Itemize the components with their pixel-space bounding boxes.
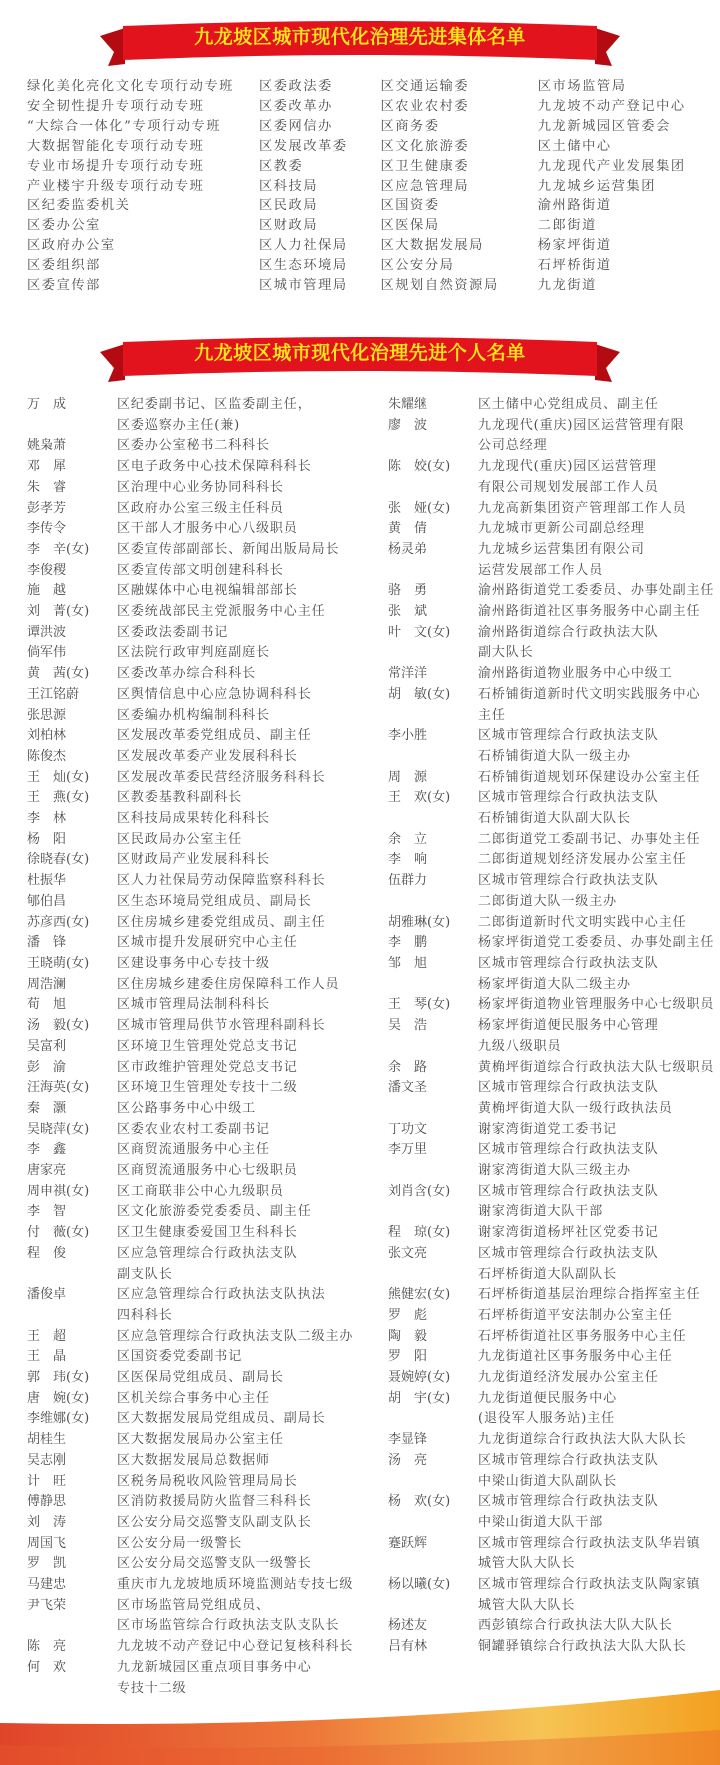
person-position-line: 区商贸流通服务中心七级职员 (117, 1161, 298, 1182)
person-entry: 周 源石桥铺街道规划环保建设办公室主任 (388, 768, 713, 789)
person-name: 王 欢(女) (388, 788, 478, 829)
person-position: 区委编办机构编制科科长 (117, 706, 270, 727)
person-position-line: 副支队长 (117, 1265, 298, 1286)
person-entry: 李俊稷区委宣传部文明创建科科长 (27, 561, 388, 582)
person-position-line: 九龙街道社区事务服务中心主任 (478, 1347, 673, 1368)
person-entry: 汤 毅(女)区城市管理局供节水管理科副科长 (27, 1016, 388, 1037)
person-position: 区国资委党委副书记 (117, 1347, 242, 1368)
collective-item: 二郎街道 (538, 216, 707, 236)
collective-item: 区大数据发展局 (380, 236, 537, 256)
person-name: 周浩澜 (27, 975, 117, 996)
person-entry: 李 辛(女)区委宣传部副部长、新闻出版局局长 (27, 540, 388, 561)
person-entry: 聂婉婷(女)九龙街道经济发展办公室主任 (388, 1368, 713, 1389)
person-position: 九龙街道综合行政执法大队大队长 (478, 1430, 687, 1451)
person-position: 区城市管理综合行政执法支队石桥铺街道大队一级主办 (478, 726, 659, 767)
person-position-line: 区法院行政审判庭副庭长 (117, 643, 270, 664)
person-name: 周国飞 (27, 1534, 117, 1555)
collective-item: “大综合一体化”专项行动专班 (27, 117, 259, 137)
person-position-line: 杨家坪街道便民服务中心管理 (478, 1016, 659, 1037)
person-position: 区城市管理综合行政执法支队黄桷坪街道大队一级行政执法员 (478, 1078, 673, 1119)
person-position-line: 石坪桥街道大队副队长 (478, 1265, 659, 1286)
person-name: 汤 亮 (388, 1451, 478, 1492)
person-name: 周申祺(女) (27, 1182, 117, 1203)
person-name: 黄 倩 (388, 519, 478, 540)
person-name: 程 琼(女) (388, 1223, 478, 1244)
person-name: 李 林 (27, 809, 117, 830)
person-position: 九龙街道便民服务中心(退役军人服务站)主任 (478, 1389, 617, 1430)
person-position-line: 九级八级职员 (478, 1037, 659, 1058)
person-position-line: 区城市管理综合行政执法支队 (478, 1451, 659, 1472)
person-name: 叶 文(女) (388, 623, 478, 664)
person-position-line: 区大数据发展局总数据师 (117, 1451, 270, 1472)
person-entry: 杨 欢(女)区城市管理综合行政执法支队中梁山街道大队干部 (388, 1492, 713, 1533)
person-entry: 罗 阳九龙街道社区事务服务中心主任 (388, 1347, 713, 1368)
person-entry: 杜振华区人力社保局劳动保障监察科科长 (27, 871, 388, 892)
person-entry: 付 薇(女)区卫生健康委爱国卫生科科长 (27, 1223, 388, 1244)
person-position: 石坪桥街道基层治理综合指挥室主任 (478, 1285, 700, 1306)
collective-item: 区财政局 (259, 216, 380, 236)
person-name: 张 娅(女) (388, 499, 478, 520)
person-entry: 李传令区干部人才服务中心八级职员 (27, 519, 388, 540)
person-name: 余 立 (388, 830, 478, 851)
person-position-line: 九龙现代(重庆)园区运营管理有限 (478, 416, 685, 437)
person-entry: 叶 文(女)渝州路街道综合行政执法大队副大队长 (388, 623, 713, 664)
collective-item: 区农业农村委 (380, 97, 537, 117)
person-position-line: 有限公司规划发展部工作人员 (478, 478, 659, 499)
person-position-line: 区电子政务中心技术保障科科长 (117, 457, 312, 478)
person-position-line: 区公路事务中心中级工 (117, 1099, 256, 1120)
person-position-line: 区住房城乡建委住房保障科工作人员 (117, 975, 339, 996)
person-position-line: 区生态环境局党组成员、副局长 (117, 892, 312, 913)
person-name: 付 薇(女) (27, 1223, 117, 1244)
person-entry: 王 灿(女)区发展改革委民营经济服务科科长 (27, 768, 388, 789)
person-position-line: 重庆市九龙坡地质环境监测站专技七级 (117, 1575, 353, 1596)
person-position-line: 区城市管理综合行政执法支队 (478, 1078, 673, 1099)
person-position-line: 石坪桥街道平安法制办公室主任 (478, 1306, 673, 1327)
person-entry: 李小胜区城市管理综合行政执法支队石桥铺街道大队一级主办 (388, 726, 713, 767)
person-position: 重庆市九龙坡地质环境监测站专技七级 (117, 1575, 353, 1596)
collective-item: 区商务委 (380, 117, 537, 137)
person-position-line: 区大数据发展局办公室主任 (117, 1430, 284, 1451)
person-position: 区医保局党组成员、副局长 (117, 1368, 284, 1389)
person-position-line: 区城市管理综合行政执法支队 (478, 1182, 659, 1203)
person-entry: 苏彦西(女)区住房城乡建委党组成员、副主任 (27, 913, 388, 934)
person-entry: 胡 宇(女)九龙街道便民服务中心(退役军人服务站)主任 (388, 1389, 713, 1430)
person-name: 潘文圣 (388, 1078, 478, 1119)
person-position: 渝州路街道物业服务中心中级工 (478, 664, 673, 685)
person-name: 刘柏林 (27, 726, 117, 747)
person-position: 区发展改革委党组成员、副主任 (117, 726, 312, 747)
person-entry: 张文亮区城市管理综合行政执法支队石坪桥街道大队副队长 (388, 1244, 713, 1285)
person-position-line: 区城市管理综合行政执法支队 (478, 726, 659, 747)
person-name: 刘 涛 (27, 1513, 117, 1534)
person-entry: 刘柏林区发展改革委党组成员、副主任 (27, 726, 388, 747)
person-entry: 刘 菁(女)区委统战部民主党派服务中心主任 (27, 602, 388, 623)
person-name: 秦 灏 (27, 1099, 117, 1120)
person-position: 区政府办公室三级主任科员 (117, 499, 284, 520)
person-position-line: 区工商联非公中心九级职员 (117, 1182, 284, 1203)
person-position: 谢家湾街道杨坪社区党委书记 (478, 1223, 659, 1244)
collective-item: 区科技局 (259, 177, 380, 197)
person-position: 区民政局办公室主任 (117, 830, 242, 851)
person-name: 蹇跃辉 (388, 1534, 478, 1575)
person-position-line: 区城市管理综合行政执法支队陶家镇 (478, 1575, 700, 1596)
person-position-line: 区科技局成果转化科科长 (117, 809, 270, 830)
person-name: 陈俊杰 (27, 747, 117, 768)
person-name: 郇伯昌 (27, 892, 117, 913)
person-position-line: 区民政局办公室主任 (117, 830, 242, 851)
person-position-line: 谢家湾街道杨坪社区党委书记 (478, 1223, 659, 1244)
person-name: 张文亮 (388, 1244, 478, 1285)
person-name: 李 智 (27, 1202, 117, 1223)
person-entry: 谭洪波区委政法委副书记 (27, 623, 388, 644)
person-position-line: 区委办公室秘书二科科长 (117, 436, 270, 457)
person-name: 罗 阳 (388, 1347, 478, 1368)
person-name: 李 鑫 (27, 1140, 117, 1161)
person-entry: 王 晶区国资委党委副书记 (27, 1347, 388, 1368)
person-name: 聂婉婷(女) (388, 1368, 478, 1389)
footer-wave-decoration (0, 1690, 720, 1765)
person-position-line: (退役军人服务站)主任 (478, 1409, 617, 1430)
person-position-line: 区市政维护管理处党总支书记 (117, 1058, 298, 1079)
person-name: 潘 锋 (27, 933, 117, 954)
person-position: 区教委基教科副科长 (117, 788, 242, 809)
person-position: 区环境卫生管理处党总支书记 (117, 1037, 298, 1058)
person-position-line: 区城市管理综合行政执法支队 (478, 1140, 659, 1161)
person-name: 杜振华 (27, 871, 117, 892)
collective-item: 区委办公室 (27, 216, 259, 236)
person-position-line: 区卫生健康委爱国卫生科科长 (117, 1223, 298, 1244)
person-name: 胡桂生 (27, 1430, 117, 1451)
collective-item: 区规划自然资源局 (380, 276, 537, 296)
collective-item: 区应急管理局 (380, 177, 537, 197)
person-entry: 李万里区城市管理综合行政执法支队谢家湾街道大队三级主办 (388, 1140, 713, 1181)
person-entry: 程 俊区应急管理综合行政执法支队副支队长 (27, 1244, 388, 1285)
person-entry: 傅静思区消防救援局防火监督三科科长 (27, 1492, 388, 1513)
individual-banner: 九龙坡区城市现代化治理先进个人名单 (0, 330, 720, 386)
collective-item: 区交通运输委 (380, 77, 537, 97)
person-position-line: 区纪委副书记、区监委副主任， (117, 395, 312, 416)
person-name: 杨 欢(女) (388, 1492, 478, 1533)
collective-item: 区委政法委 (259, 77, 380, 97)
collective-item: 安全韧性提升专项行动专班 (27, 97, 259, 117)
person-entry: 吴富利区环境卫生管理处党总支书记 (27, 1037, 388, 1058)
person-entry: 潘俊卓区应急管理综合行政执法支队执法四科科长 (27, 1285, 388, 1326)
person-position: 区干部人才服务中心八级职员 (117, 519, 298, 540)
person-name: 罗 凯 (27, 1554, 117, 1575)
person-position: 区城市管理综合行政执法支队华岩镇城管大队大队长 (478, 1534, 700, 1575)
person-name: 丁功文 (388, 1120, 478, 1141)
person-name: 倘军伟 (27, 643, 117, 664)
person-entry: 胡 敏(女)石桥铺街道新时代文明实践服务中心主任 (388, 685, 713, 726)
person-entry: 姚枭萧区委办公室秘书二科科长 (27, 436, 388, 457)
person-entry: 郇伯昌区生态环境局党组成员、副局长 (27, 892, 388, 913)
person-position-line: 区委宣传部副部长、新闻出版局局长 (117, 540, 339, 561)
person-name: 汤 毅(女) (27, 1016, 117, 1037)
collective-item: 杨家坪街道 (538, 236, 707, 256)
collective-item: 区市场监管局 (538, 77, 707, 97)
person-position: 区治理中心业务协同科科长 (117, 478, 284, 499)
person-name: 李万里 (388, 1140, 478, 1181)
person-entry: 刘肖含(女)区城市管理综合行政执法支队谢家湾街道大队干部 (388, 1182, 713, 1223)
person-entry: 胡雅琳(女)二郎街道新时代文明实践中心主任 (388, 913, 713, 934)
person-name: 吴志刚 (27, 1451, 117, 1472)
person-name: 计 旺 (27, 1472, 117, 1493)
person-position: 区委办公室秘书二科科长 (117, 436, 270, 457)
person-entry: 张 斌渝州路街道社区事务服务中心副主任 (388, 602, 713, 623)
person-name: 骆 勇 (388, 581, 478, 602)
person-position: 区市场监管局党组成员、区市场监管综合行政执法支队支队长 (117, 1596, 339, 1637)
person-entry: 蹇跃辉区城市管理综合行政执法支队华岩镇城管大队大队长 (388, 1534, 713, 1575)
person-position: 区舆情信息中心应急协调科科长 (117, 685, 312, 706)
collective-item: 专业市场提升专项行动专班 (27, 157, 259, 177)
person-name: 万 成 (27, 395, 117, 436)
person-entry: 骆 勇渝州路街道党工委委员、办事处副主任 (388, 581, 713, 602)
person-entry: 刘 涛区公安分局交巡警支队副支队长 (27, 1513, 388, 1534)
collective-item: 区委组织部 (27, 256, 259, 276)
person-entry: 余 立二郎街道党工委副书记、办事处主任 (388, 830, 713, 851)
person-name: 胡 宇(女) (388, 1389, 478, 1430)
person-entry: 施 越区融媒体中心电视编辑部部长 (27, 581, 388, 602)
person-entry: 吴 浩杨家坪街道便民服务中心管理九级八级职员 (388, 1016, 713, 1057)
collective-item: 渝州路街道 (538, 196, 707, 216)
person-position-line: 区公安分局一级警长 (117, 1534, 242, 1555)
person-position-line: 区委宣传部文明创建科科长 (117, 561, 284, 582)
collective-item: 产业楼宇升级专项行动专班 (27, 177, 259, 197)
person-name: 王 灿(女) (27, 768, 117, 789)
collective-item: 区国资委 (380, 196, 537, 216)
person-position: 区公安分局一级警长 (117, 1534, 242, 1555)
collective-item: 区政府办公室 (27, 236, 259, 256)
person-position: 石桥铺街道新时代文明实践服务中心主任 (478, 685, 700, 726)
person-position: 二郎街道新时代文明实践中心主任 (478, 913, 687, 934)
person-entry: 潘文圣区城市管理综合行政执法支队黄桷坪街道大队一级行政执法员 (388, 1078, 713, 1119)
collective-item: 绿化美化亮化文化专项行动专班 (27, 77, 259, 97)
person-entry: 彭 渝区市政维护管理处党总支书记 (27, 1058, 388, 1079)
person-position: 区大数据发展局总数据师 (117, 1451, 270, 1472)
person-position-line: 副大队长 (478, 643, 659, 664)
person-position-line: 区市场监管局党组成员、 (117, 1596, 339, 1617)
person-name: 李显锋 (388, 1430, 478, 1451)
person-position-line: 区委统战部民主党派服务中心主任 (117, 602, 326, 623)
person-position-line: 中梁山街道大队副队长 (478, 1472, 659, 1493)
person-position: 区委宣传部副部长、新闻出版局局长 (117, 540, 339, 561)
person-name: 李小胜 (388, 726, 478, 767)
person-name: 余 路 (388, 1058, 478, 1079)
person-position-line: 区财政局产业发展科科长 (117, 850, 270, 871)
person-position-line: 区城市管理综合行政执法支队 (478, 788, 659, 809)
person-position-line: 区公安分局交巡警支队副支队长 (117, 1513, 312, 1534)
collective-item: 九龙街道 (538, 276, 707, 296)
individual-column-left: 万 成区纪委副书记、区监委副主任，区委巡察办主任(兼)姚枭萧区委办公室秘书二科科… (27, 395, 388, 1699)
person-entry: 万 成区纪委副书记、区监委副主任，区委巡察办主任(兼) (27, 395, 388, 436)
person-entry: 李维娜(女)区大数据发展局党组成员、副局长 (27, 1409, 388, 1430)
person-entry: 罗 凯区公安分局交巡警支队一级警长 (27, 1554, 388, 1575)
person-position-line: 中梁山街道大队干部 (478, 1513, 659, 1534)
person-position-line: 区城市管理局法制科科长 (117, 995, 270, 1016)
person-position: 区城市管理局法制科科长 (117, 995, 270, 1016)
person-name: 郭 玮(女) (27, 1368, 117, 1389)
person-position-line: 石桥铺街道大队副大队长 (478, 809, 659, 830)
person-name: 伍群力 (388, 871, 478, 912)
person-position: 区城市管理综合行政执法支队杨家坪街道大队二级主办 (478, 954, 659, 995)
person-entry: 伍群力区城市管理综合行政执法支队二郎街道大队一级主办 (388, 871, 713, 912)
person-name: 李 鹏 (388, 933, 478, 954)
person-position: 杨家坪街道便民服务中心管理九级八级职员 (478, 1016, 659, 1057)
person-entry: 王晓萌(女)区建设事务中心专技十级 (27, 954, 388, 975)
collective-item: 区教委 (259, 157, 380, 177)
person-position-line: 区环境卫生管理处专技十二级 (117, 1078, 298, 1099)
person-position-line: 区干部人才服务中心八级职员 (117, 519, 298, 540)
person-position-line: 二郎街道规划经济发展办公室主任 (478, 850, 687, 871)
person-position-line: 区融媒体中心电视编辑部部长 (117, 581, 298, 602)
person-position-line: 区医保局党组成员、副局长 (117, 1368, 284, 1389)
person-entry: 朱耀继区土储中心党组成员、副主任 (388, 395, 713, 416)
person-position: 区城市管理综合行政执法支队石坪桥街道大队副队长 (478, 1244, 659, 1285)
person-position: 区大数据发展局党组成员、副局长 (117, 1409, 326, 1430)
person-position: 区发展改革委民营经济服务科科长 (117, 768, 326, 789)
person-entry: 丁功文谢家湾街道党工委书记 (388, 1120, 713, 1141)
person-name: 唐 婉(女) (27, 1389, 117, 1410)
person-name: 陶 毅 (388, 1327, 478, 1348)
person-position-line: 区城市管理综合行政执法支队华岩镇 (478, 1534, 700, 1555)
person-position-line: 渝州路街道综合行政执法大队 (478, 623, 659, 644)
person-name: 吕有林 (388, 1637, 478, 1658)
person-position: 渝州路街道社区事务服务中心副主任 (478, 602, 700, 623)
person-position: 区城市管理综合行政执法支队中梁山街道大队副队长 (478, 1451, 659, 1492)
person-position-line: 九龙新城园区重点项目事务中心 (117, 1658, 312, 1679)
person-entry: 马建忠重庆市九龙坡地质环境监测站专技七级 (27, 1575, 388, 1596)
person-position: 区商贸流通服务中心七级职员 (117, 1161, 298, 1182)
person-position: 九龙街道经济发展办公室主任 (478, 1368, 659, 1389)
person-position: 区纪委副书记、区监委副主任，区委巡察办主任(兼) (117, 395, 312, 436)
person-name: 王 琴(女) (388, 995, 478, 1016)
person-position: 石坪桥街道平安法制办公室主任 (478, 1306, 673, 1327)
person-position: 区卫生健康委爱国卫生科科长 (117, 1223, 298, 1244)
person-entry: 潘 锋区城市提升发展研究中心主任 (27, 933, 388, 954)
person-position-line: 区机关综合事务中心主任 (117, 1389, 270, 1410)
person-position-line: 谢家湾街道党工委书记 (478, 1120, 617, 1141)
person-entry: 周申祺(女)区工商联非公中心九级职员 (27, 1182, 388, 1203)
individual-list: 万 成区纪委副书记、区监委副主任，区委巡察办主任(兼)姚枭萧区委办公室秘书二科科… (27, 395, 717, 1699)
person-position-line: 西彭镇综合行政执法大队大队长 (478, 1616, 673, 1637)
person-position: 九龙高新集团资产管理部工作人员 (478, 499, 687, 520)
person-name: 周 源 (388, 768, 478, 789)
person-position: 区城市管理综合行政执法支队陶家镇城管大队大队长 (478, 1575, 700, 1616)
person-position-line: 杨家坪街道党工委委员、办事处副主任 (478, 933, 714, 954)
person-name: 徐晓春(女) (27, 850, 117, 871)
person-position-line: 城管大队大队长 (478, 1596, 700, 1617)
person-entry: 王 琴(女)杨家坪街道物业管理服务中心七级职员 (388, 995, 713, 1016)
person-name: 王 晶 (27, 1347, 117, 1368)
person-position-line: 二郎街道新时代文明实践中心主任 (478, 913, 687, 934)
person-position-line: 区商贸流通服务中心主任 (117, 1140, 270, 1161)
person-position: 西彭镇综合行政执法大队大队长 (478, 1616, 673, 1637)
person-position-line: 九龙街道经济发展办公室主任 (478, 1368, 659, 1389)
person-entry: 廖 波九龙现代(重庆)园区运营管理有限公司总经理 (388, 416, 713, 457)
person-entry: 唐家亮区商贸流通服务中心七级职员 (27, 1161, 388, 1182)
person-position: 区机关综合事务中心主任 (117, 1389, 270, 1410)
person-position: 区科技局成果转化科科长 (117, 809, 270, 830)
collective-column-3: 区交通运输委 区农业农村委 区商务委 区文化旅游委 区卫生健康委 区应急管理局 … (380, 77, 537, 296)
person-name: 吴富利 (27, 1037, 117, 1058)
collective-item: 区卫生健康委 (380, 157, 537, 177)
person-entry: 李 智区文化旅游委党委委员、副主任 (27, 1202, 388, 1223)
person-entry: 李显锋九龙街道综合行政执法大队大队长 (388, 1430, 713, 1451)
person-name: 朱耀继 (388, 395, 478, 416)
person-position: 区人力社保局劳动保障监察科科长 (117, 871, 326, 892)
collective-column-1: 绿化美化亮化文化专项行动专班 安全韧性提升专项行动专班 “大综合一体化”专项行动… (27, 77, 259, 296)
person-position-line: 九龙高新集团资产管理部工作人员 (478, 499, 687, 520)
person-position: 九龙街道社区事务服务中心主任 (478, 1347, 673, 1368)
person-position-line: 石坪桥街道社区事务服务中心主任 (478, 1327, 687, 1348)
person-position-line: 九龙坡不动产登记中心登记复核科科长 (117, 1637, 353, 1658)
person-entry: 王 燕(女)区教委基教科副科长 (27, 788, 388, 809)
person-position-line: 九龙城市更新公司副总经理 (478, 519, 645, 540)
person-entry: 张 娅(女)九龙高新集团资产管理部工作人员 (388, 499, 713, 520)
collective-item: 大数据智能化专项行动专班 (27, 137, 259, 157)
person-position: 区委改革办综合科科长 (117, 664, 256, 685)
person-position: 区公安分局交巡警支队一级警长 (117, 1554, 312, 1575)
person-position: 区城市提升发展研究中心主任 (117, 933, 298, 954)
person-position-line: 渝州路街道党工委委员、办事处副主任 (478, 581, 714, 602)
person-position: 区住房城乡建委住房保障科工作人员 (117, 975, 339, 996)
person-entry: 周国飞区公安分局一级警长 (27, 1534, 388, 1555)
collective-item: 区委宣传部 (27, 276, 259, 296)
person-position: 杨家坪街道党工委委员、办事处副主任 (478, 933, 714, 954)
person-entry: 王江铭蔚区舆情信息中心应急协调科科长 (27, 685, 388, 706)
person-position-line: 区委改革办综合科科长 (117, 664, 256, 685)
collective-item: 九龙坡不动产登记中心 (538, 97, 707, 117)
person-name: 彭孝芳 (27, 499, 117, 520)
person-entry: 计 旺区税务局税收风险管理局局长 (27, 1472, 388, 1493)
person-position-line: 区委政法委副书记 (117, 623, 228, 644)
collective-item: 九龙新城园区管委会 (538, 117, 707, 137)
collective-item: 九龙现代产业发展集团 (538, 157, 707, 177)
person-position: 谢家湾街道党工委书记 (478, 1120, 617, 1141)
collective-item: 区人力社保局 (259, 236, 380, 256)
person-entry: 李 林区科技局成果转化科科长 (27, 809, 388, 830)
person-position-line: 区委农业农村工委副书记 (117, 1120, 270, 1141)
person-position: 区生态环境局党组成员、副局长 (117, 892, 312, 913)
collective-item: 区发展改革委 (259, 137, 380, 157)
person-position-line: 四科科长 (117, 1306, 326, 1327)
person-position-line: 区大数据发展局党组成员、副局长 (117, 1409, 326, 1430)
person-name: 施 越 (27, 581, 117, 602)
person-name: 黄 茜(女) (27, 664, 117, 685)
person-position-line: 区市场监管综合行政执法支队支队长 (117, 1616, 339, 1637)
person-position-line: 二郎街道大队一级主办 (478, 892, 659, 913)
person-position: 区城市管理综合行政执法支队二郎街道大队一级主办 (478, 871, 659, 912)
person-position-line: 区公安分局交巡警支队一级警长 (117, 1554, 312, 1575)
person-entry: 吴志刚区大数据发展局总数据师 (27, 1451, 388, 1472)
collective-item: 区医保局 (380, 216, 537, 236)
person-name: 程 俊 (27, 1244, 117, 1285)
person-entry: 倘军伟区法院行政审判庭副庭长 (27, 643, 388, 664)
person-position-line: 区消防救援局防火监督三科科长 (117, 1492, 312, 1513)
person-name: 李传令 (27, 519, 117, 540)
person-entry: 邓 犀区电子政务中心技术保障科科长 (27, 457, 388, 478)
person-entry: 程 琼(女)谢家湾街道杨坪社区党委书记 (388, 1223, 713, 1244)
person-name: 杨以曦(女) (388, 1575, 478, 1616)
person-position-line: 区住房城乡建委党组成员、副主任 (117, 913, 326, 934)
person-position: 区城市管理综合行政执法支队谢家湾街道大队干部 (478, 1182, 659, 1223)
person-position-line: 区应急管理综合行政执法支队二级主办 (117, 1327, 353, 1348)
person-entry: 秦 灏区公路事务中心中级工 (27, 1099, 388, 1120)
person-position-line: 区文化旅游委党委委员、副主任 (117, 1202, 312, 1223)
person-name: 王 燕(女) (27, 788, 117, 809)
person-position-line: 区教委基教科副科长 (117, 788, 242, 809)
